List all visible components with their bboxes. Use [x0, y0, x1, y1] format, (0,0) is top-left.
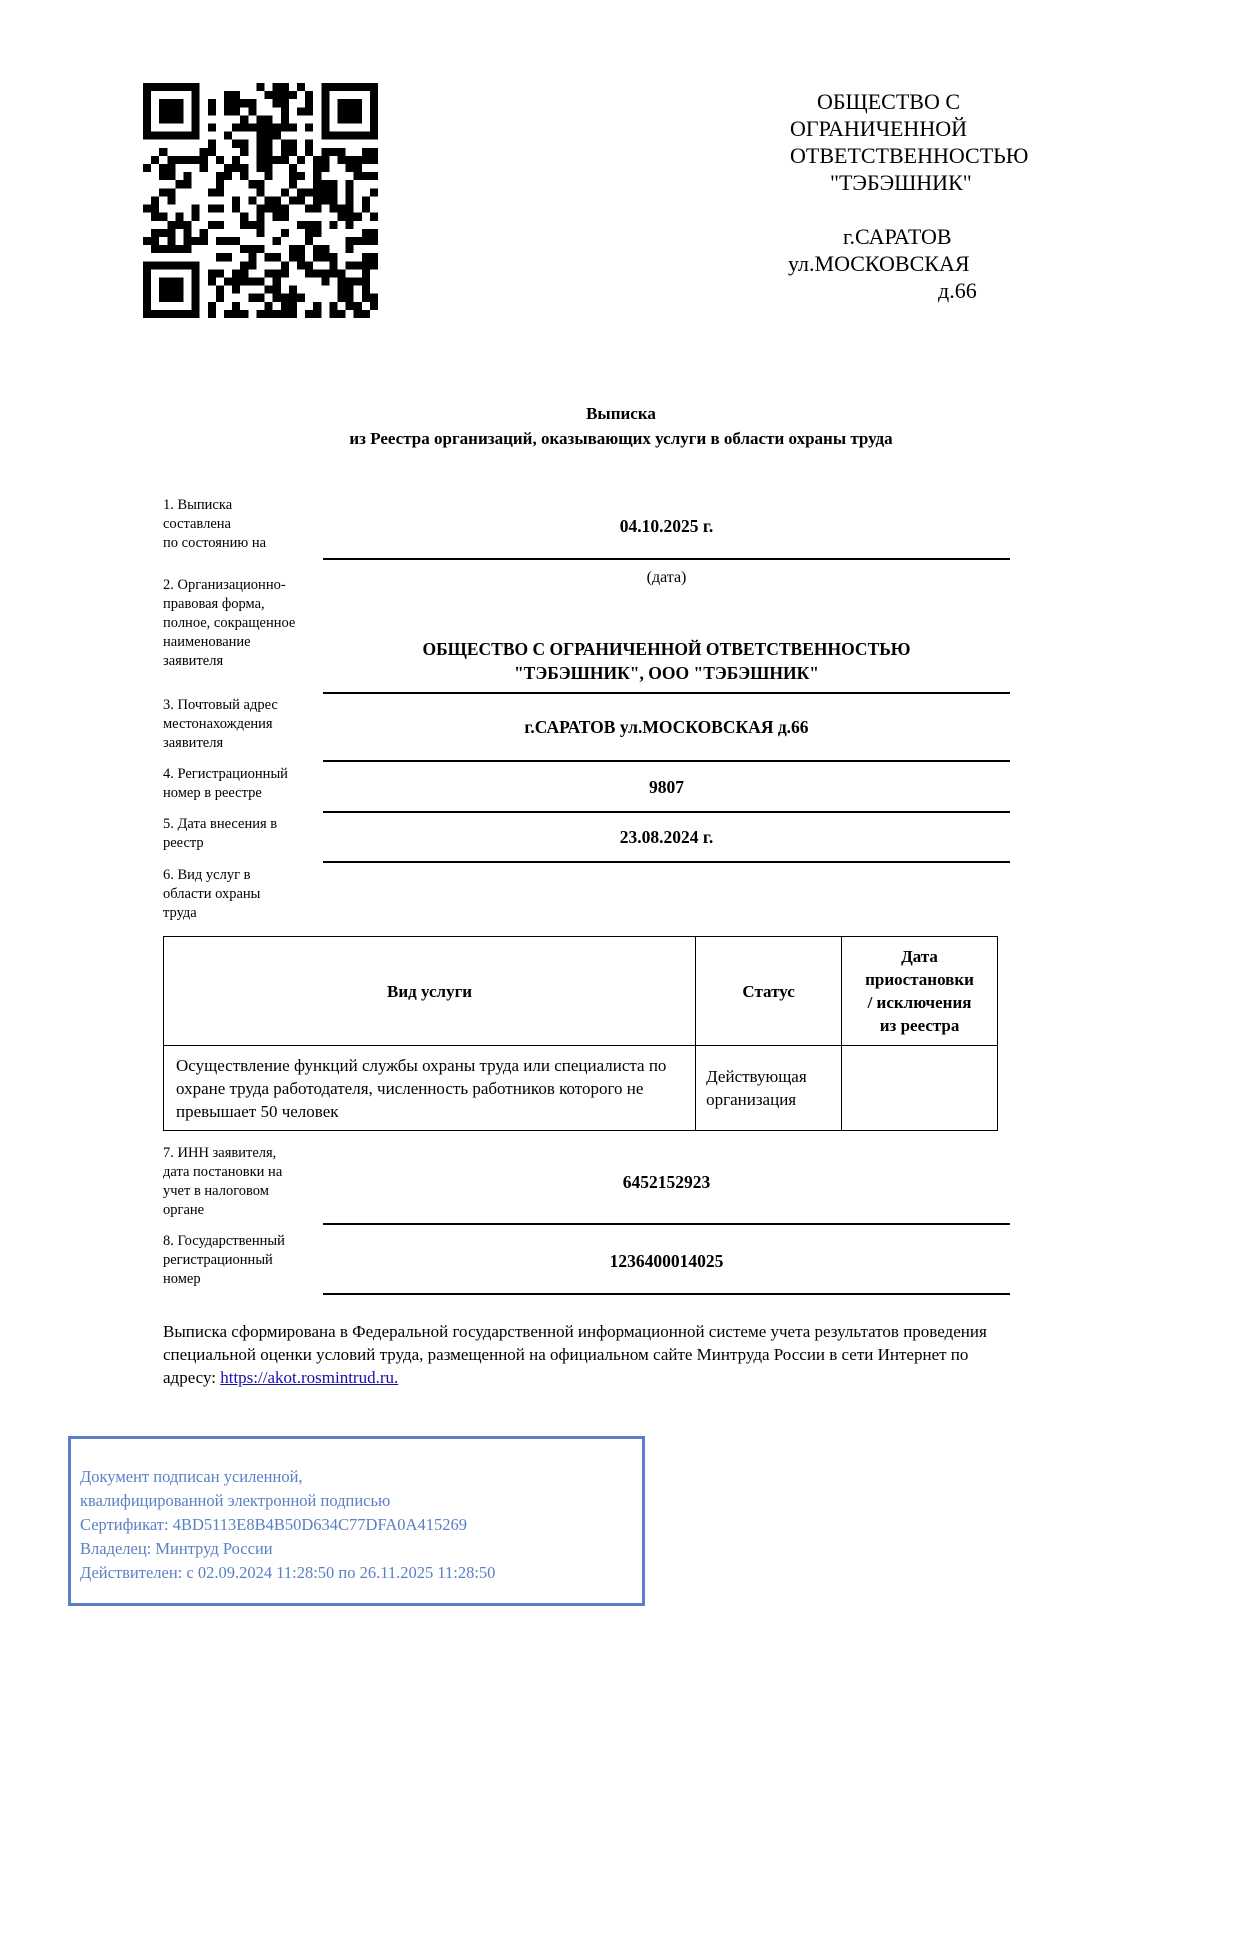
stamp-owner: Владелец: Минтруд России	[80, 1537, 495, 1561]
divider	[323, 760, 1010, 762]
stamp-line: квалифицированной электронной подписью	[80, 1489, 495, 1513]
field-label-date: 1. Выписка составлена по состоянию на	[163, 496, 328, 553]
recipient-header: ОБЩЕСТВО С ОГРАНИЧЕННОЙ ОТВЕТСТВЕННОСТЬЮ…	[780, 88, 1060, 304]
signature-stamp: Документ подписан усиленной, квалифициро…	[68, 1436, 645, 1606]
field-label-inn: 7. ИНН заявителя, дата постановки на уче…	[163, 1144, 328, 1220]
field-label-services: 6. Вид услуг в области охраны труда	[163, 866, 328, 923]
qr-code-icon	[143, 83, 378, 318]
stamp-validity: Действителен: с 02.09.2024 11:28:50 по 2…	[80, 1561, 495, 1585]
divider	[323, 1293, 1010, 1295]
divider	[323, 558, 1010, 560]
cell-status: Действующая организация	[696, 1046, 842, 1131]
field-label-address: 3. Почтовый адрес местонахождения заявит…	[163, 696, 328, 753]
document-title: Выписка	[0, 402, 1242, 426]
field-hint-date: (дата)	[323, 569, 1010, 587]
field-label-entry-date: 5. Дата внесения в реестр	[163, 815, 328, 853]
field-value-date: 04.10.2025 г.	[323, 514, 1010, 538]
table-row: Осуществление функций службы охраны труд…	[164, 1046, 998, 1131]
field-label-ogrn: 8. Государственный регистрационный номер	[163, 1232, 328, 1289]
address-line: д.66	[780, 277, 1060, 304]
table-header-row: Вид услуги Статус Дата приостановки / ис…	[164, 937, 998, 1046]
field-label-org-name: 2. Организационно- правовая форма, полно…	[163, 576, 328, 671]
address-line: ул.МОСКОВСКАЯ	[780, 250, 1060, 277]
column-header-status: Статус	[696, 937, 842, 1046]
document-subtitle: из Реестра организаций, оказывающих услу…	[0, 427, 1242, 451]
divider	[323, 861, 1010, 863]
cell-suspension-date	[842, 1046, 998, 1131]
field-value-address: г.САРАТОВ ул.МОСКОВСКАЯ д.66	[323, 715, 1010, 739]
org-name-line: ОГРАНИЧЕННОЙ	[780, 115, 1060, 142]
column-header-service: Вид услуги	[164, 937, 696, 1046]
field-value-org-name: ОБЩЕСТВО С ОГРАНИЧЕННОЙ ОТВЕТСТВЕННОСТЬЮ…	[323, 637, 1010, 685]
registry-link[interactable]: https://akot.rosmintrud.ru.	[220, 1368, 398, 1387]
field-value-reg-number: 9807	[323, 775, 1010, 799]
field-value-inn: 6452152923	[323, 1170, 1010, 1194]
org-name-line: ОБЩЕСТВО С	[780, 88, 1060, 115]
footer-note: Выписка сформирована в Федеральной госуд…	[163, 1320, 1023, 1389]
org-name-line: "ТЭБЭШНИК"	[780, 169, 1060, 196]
field-value-ogrn: 1236400014025	[323, 1249, 1010, 1273]
divider	[323, 811, 1010, 813]
field-value-entry-date: 23.08.2024 г.	[323, 825, 1010, 849]
divider	[323, 1223, 1010, 1225]
cell-service: Осуществление функций службы охраны труд…	[164, 1046, 696, 1131]
address-line: г.САРАТОВ	[780, 223, 1060, 250]
divider	[323, 692, 1010, 694]
stamp-line: Документ подписан усиленной,	[80, 1465, 495, 1489]
stamp-certificate: Сертификат: 4BD5113E8B4B50D634C77DFA0A41…	[80, 1513, 495, 1537]
field-label-reg-number: 4. Регистрационный номер в реестре	[163, 765, 328, 803]
column-header-suspension-date: Дата приостановки / исключения из реестр…	[842, 937, 998, 1046]
org-name-line: ОТВЕТСТВЕННОСТЬЮ	[780, 142, 1060, 169]
services-table: Вид услуги Статус Дата приостановки / ис…	[163, 936, 998, 1131]
